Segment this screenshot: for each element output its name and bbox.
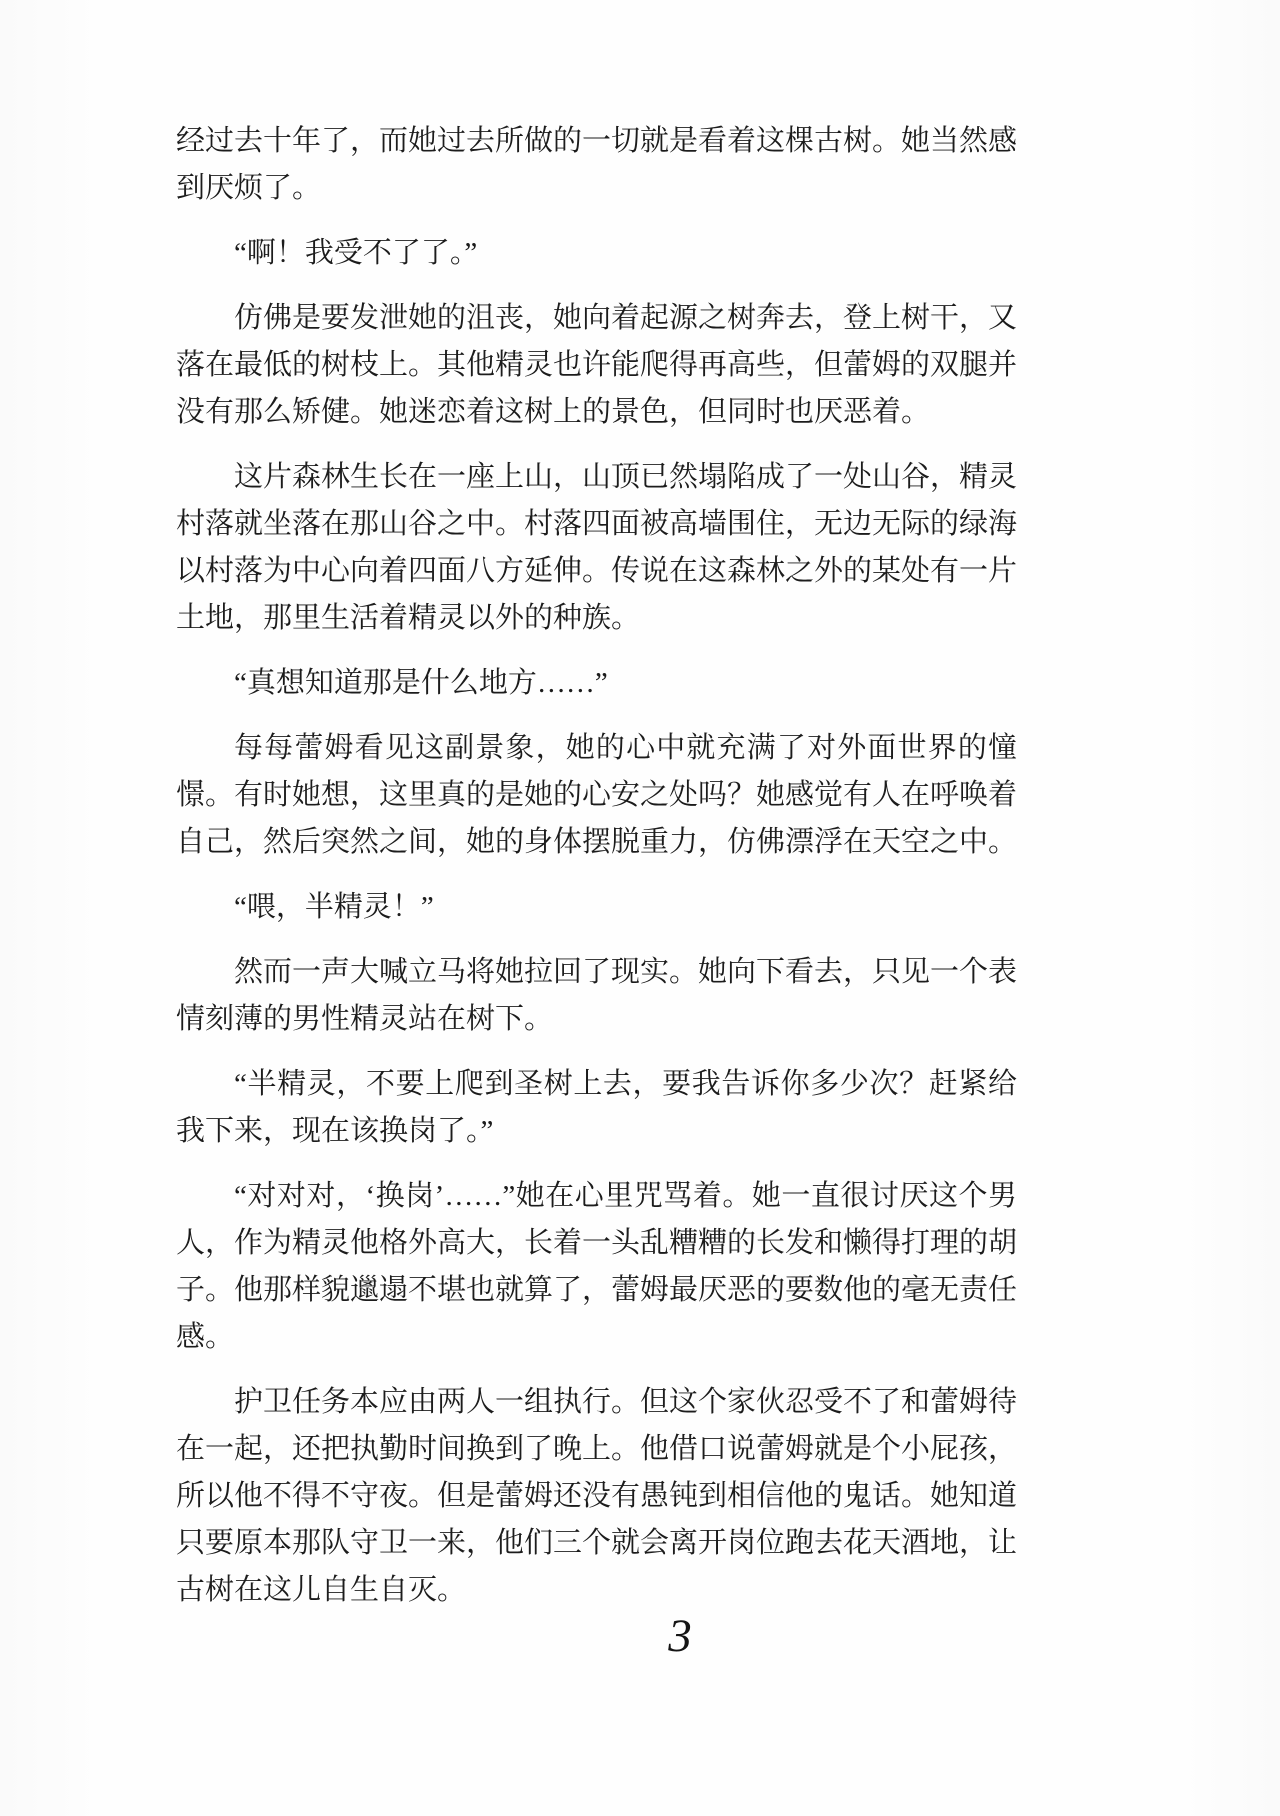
novel-page: 经过去十年了，而她过去所做的一切就是看着这棵古树。她当然感到厌烦了。 “啊！我受… (0, 0, 1280, 1816)
paragraph: 这片森林生长在一座上山，山顶已然塌陷成了一处山谷，精灵村落就坐落在那山谷之中。村… (176, 454, 1017, 642)
dialogue-line: “半精灵，不要上爬到圣树上去，要我告诉你多少次？赶紧给我下来，现在该换岗了。” (176, 1061, 1017, 1155)
paragraph: “对对对，‘换岗’……”她在心里咒骂着。她一直很讨厌这个男人，作为精灵他格外高大… (176, 1173, 1017, 1361)
dialogue-line: “真想知道那是什么地方……” (176, 660, 1017, 707)
paragraph: 仿佛是要发泄她的沮丧，她向着起源之树奔去，登上树干，又落在最低的树枝上。其他精灵… (176, 295, 1017, 436)
dialogue-line: “啊！我受不了了。” (176, 230, 1017, 277)
page-number: 3 (40, 1608, 1280, 1664)
dialogue-line: “喂，半精灵！” (176, 884, 1017, 931)
paragraph: 护卫任务本应由两人一组执行。但这个家伙忍受不了和蕾姆待在一起，还把执勤时间换到了… (176, 1379, 1017, 1614)
paragraph: 经过去十年了，而她过去所做的一切就是看着这棵古树。她当然感到厌烦了。 (176, 118, 1017, 212)
body-text: 经过去十年了，而她过去所做的一切就是看着这棵古树。她当然感到厌烦了。 “啊！我受… (176, 118, 1017, 1632)
paragraph: 每每蕾姆看见这副景象，她的心中就充满了对外面世界的憧憬。有时她想，这里真的是她的… (176, 725, 1017, 866)
paragraph: 然而一声大喊立马将她拉回了现实。她向下看去，只见一个表情刻薄的男性精灵站在树下。 (176, 949, 1017, 1043)
